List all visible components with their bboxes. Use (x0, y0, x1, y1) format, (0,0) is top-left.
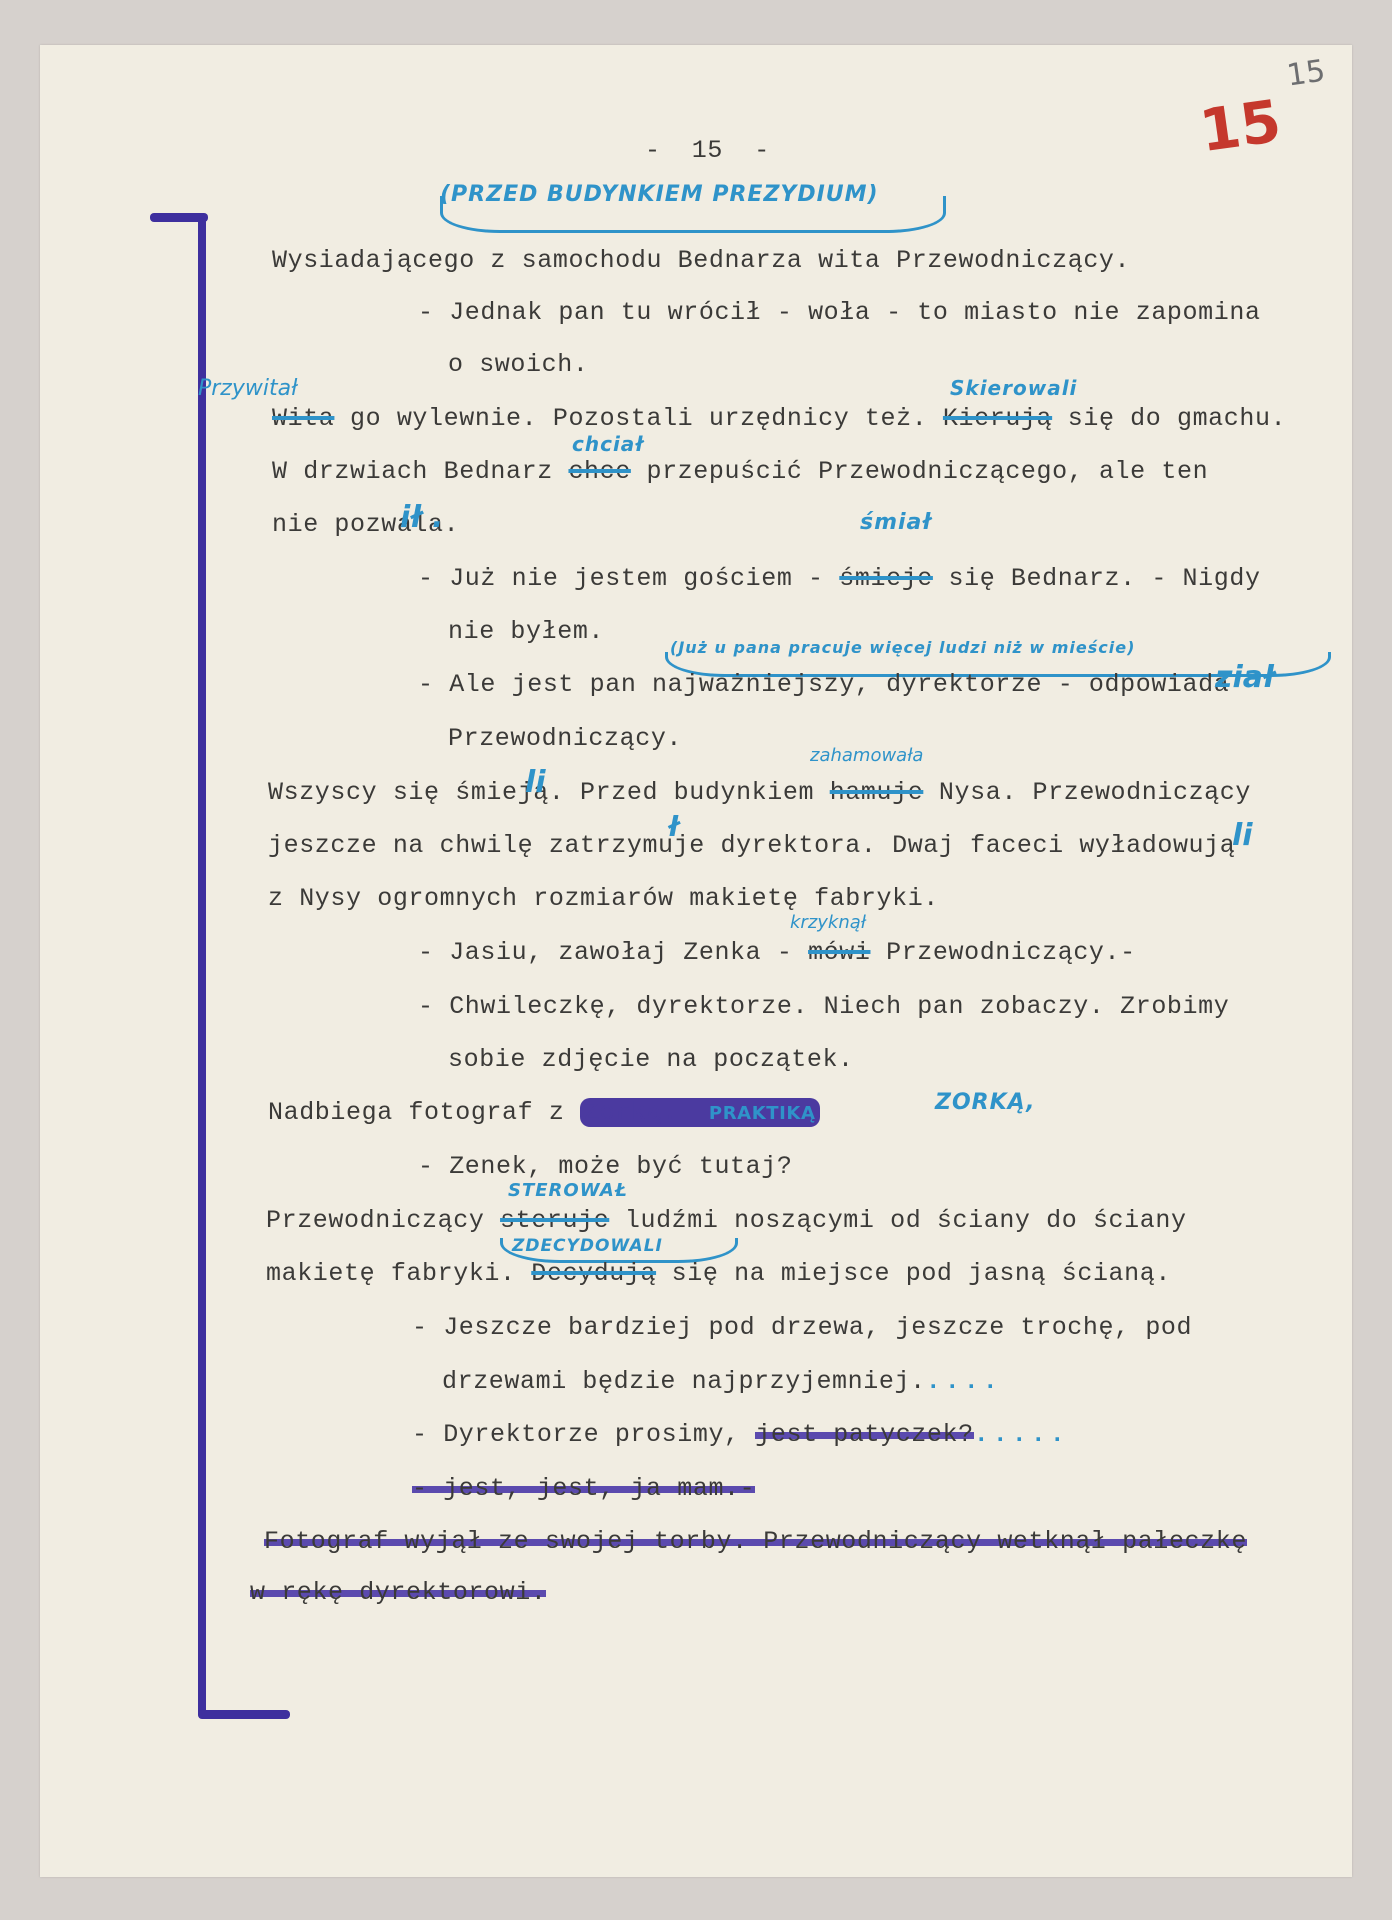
margin-bracket-line (198, 218, 206, 1718)
text-line: - Dyrektorze prosimy, jest patyczek?....… (412, 1420, 1069, 1449)
text-line: makietę fabryki. Decydują się na miejsce… (266, 1259, 1171, 1288)
handwritten-correction: ił . (400, 500, 443, 535)
text-line: o swoich. (448, 350, 588, 379)
heading-brace (440, 196, 946, 233)
handwritten-correction: li (1232, 818, 1253, 853)
handwritten-correction: ział (1215, 660, 1274, 695)
text-line: - Już nie jestem gościem - śmieje się Be… (418, 564, 1261, 593)
archive-page-number-pencil: 15 (1285, 54, 1328, 94)
text-line: w rękę dyrektorowi. (250, 1578, 546, 1607)
text-line: z Nysy ogromnych rozmiarów makietę fabry… (268, 884, 939, 913)
text-line: Nadbiega fotograf z Zorką. PRAKTIKĄ (268, 1098, 820, 1127)
handwritten-correction: ZORKĄ, (935, 1090, 1035, 1115)
text-line: - Zenek, może być tutaj? (418, 1152, 792, 1181)
text-line: Przewodniczący. (448, 724, 682, 753)
text-line: Przewodniczący steruje ludźmi noszącymi … (266, 1206, 1187, 1235)
text-line: Wysiadającego z samochodu Bednarza wita … (272, 246, 1130, 275)
archive-page-number-red: 15 (1196, 87, 1285, 166)
handwritten-correction: ł (668, 810, 679, 843)
handwritten-correction: STEROWAŁ (508, 1180, 628, 1201)
handwritten-correction: chciał (572, 432, 644, 456)
text-line: - jest, jest, ja mam.- (412, 1474, 755, 1503)
page-number: - 15 - (645, 136, 770, 165)
text-line: nie byłem. (448, 617, 604, 646)
handwritten-correction: krzyknął (790, 912, 866, 933)
handwritten-correction: zahamowała (810, 745, 923, 766)
handwritten-correction: Skierowali (950, 376, 1077, 400)
text-line: - Jasiu, zawołaj Zenka - mówi Przewodnic… (418, 938, 1136, 967)
text-line: Wszyscy się śmieją. Przed budynkiem hamu… (268, 778, 1251, 807)
handwritten-correction: Przywitał (198, 376, 297, 401)
margin-bracket-bottom (198, 1710, 290, 1719)
handwritten-correction: śmiał (860, 510, 932, 535)
text-line: Fotograf wyjął ze swojej torby. Przewodn… (264, 1527, 1247, 1556)
blackout-annotation: Zorką. PRAKTIKĄ (580, 1098, 819, 1127)
handwritten-correction: li (525, 765, 546, 800)
text-line: jeszcze na chwilę zatrzymuje dyrektora. … (268, 831, 1235, 860)
text-line: W drzwiach Bednarz chce przepuścić Przew… (272, 457, 1208, 486)
text-line: Wita go wylewnie. Pozostali urzędnicy te… (272, 404, 1286, 433)
text-line: - Jednak pan tu wrócił - woła - to miast… (418, 298, 1261, 327)
text-line: - Jeszcze bardziej pod drzewa, jeszcze t… (412, 1313, 1192, 1342)
text-line: - Chwileczkę, dyrektorze. Niech pan zoba… (418, 992, 1229, 1021)
text-line: sobie zdjęcie na początek. (448, 1045, 854, 1074)
text-line: - Ale jest pan najważniejszy, dyrektorze… (418, 670, 1229, 699)
text-line: drzewami będzie najprzyjemniej..... (442, 1367, 1002, 1396)
